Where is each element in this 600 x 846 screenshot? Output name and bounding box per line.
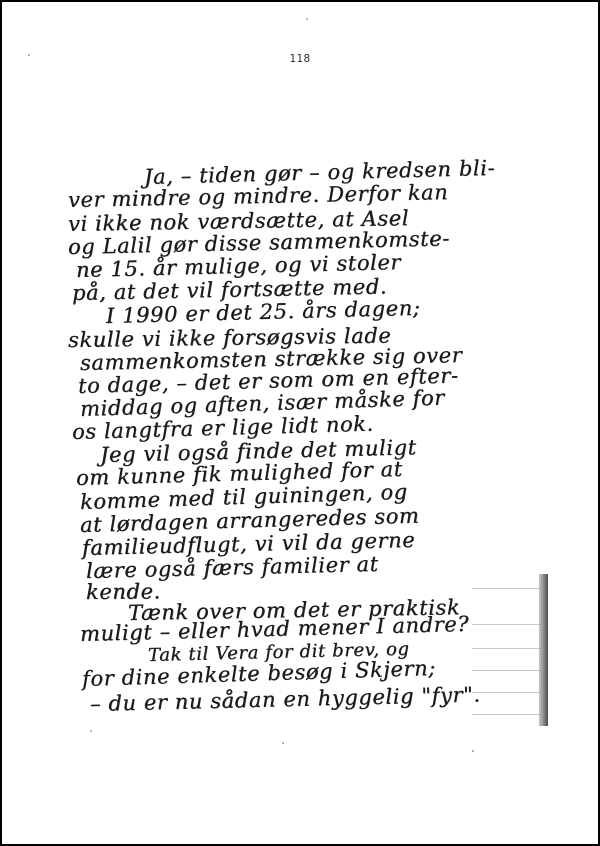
ruled-line (472, 670, 542, 671)
document-page: 118 Ja, – tiden gør – og kredsen bli- ve… (0, 0, 600, 846)
ruled-line (472, 648, 542, 649)
scan-speck (90, 730, 92, 732)
scan-speck (28, 54, 30, 56)
ruled-line (472, 624, 542, 625)
ruled-line (472, 714, 542, 715)
ruled-line (472, 692, 542, 693)
scan-speck (306, 18, 308, 20)
ruled-line (472, 588, 542, 589)
scan-speck (282, 742, 284, 744)
scan-speck (472, 750, 474, 752)
page-number: 118 (2, 52, 598, 65)
scan-edge-shadow (539, 574, 548, 726)
